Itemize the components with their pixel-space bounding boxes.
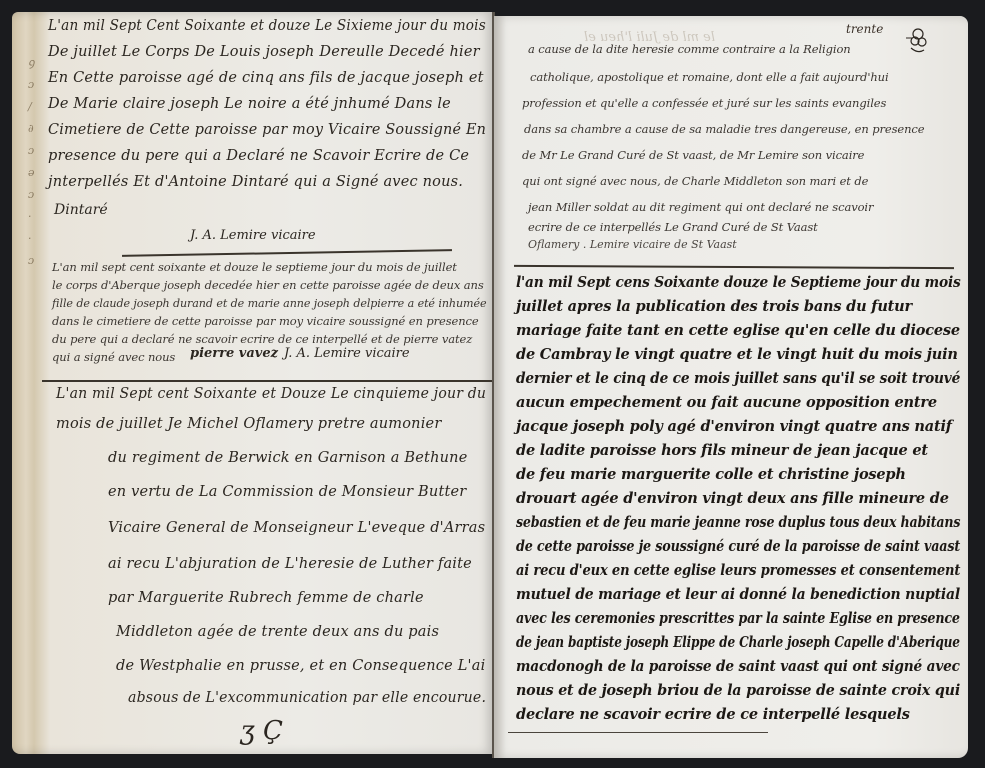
entry1-line: En Cette paroisse agé de cinq ans fils d… — [48, 70, 484, 86]
entry1-line: L'an mil Sept Cent Soixante et douze Le … — [48, 18, 486, 34]
entry3-line: Middleton agée de trente deux ans du pai… — [116, 624, 439, 640]
continuation-signatures: Oflamery . Lemire vicaire de St Vaast — [528, 238, 737, 251]
entry1-priest-signature: J. A. Lemire vicaire — [190, 228, 316, 243]
entry1-line: De Marie claire joseph Le noire a été jn… — [48, 96, 451, 112]
marriage-line: de cette paroisse je soussigné curé de l… — [516, 538, 960, 555]
entry1-line: presence du pere qui a Declaré ne Scavoi… — [48, 148, 469, 164]
entry2-line: dans le cimetiere de cette paroisse par … — [52, 314, 479, 328]
marriage-line: de Cambray le vingt quatre et le vingt h… — [516, 346, 958, 363]
entry3-line: par Marguerite Rubrech femme de charle — [108, 590, 424, 606]
marriage-line: de feu marie marguerite colle et christi… — [516, 466, 906, 483]
right-page: le ml de Juli l'heu el trente a cause de… — [494, 16, 968, 758]
entry3-line: mois de juillet Je Michel Oflamery pretr… — [56, 416, 441, 432]
flourish-icon — [906, 26, 932, 56]
marriage-line: mutuel de mariage et leur ai donné la be… — [516, 586, 960, 603]
entry2-priest-signature: J. A. Lemire vicaire — [284, 346, 410, 361]
entry-divider — [42, 380, 492, 382]
entry1-line: Cimetiere de Cette paroisse par moy Vica… — [48, 122, 486, 138]
marriage-line: dernier et le cinq de ce mois juillet sa… — [516, 370, 960, 387]
entry3-line: Vicaire General de Monseigneur L'eveque … — [108, 520, 485, 536]
continuation-line: de Mr Le Grand Curé de St vaast, de Mr L… — [522, 148, 864, 162]
paraph-signature: ʒ Ç — [240, 716, 283, 746]
marriage-line: mariage faite tant en cette eglise qu'en… — [516, 322, 960, 339]
entry3-line: de Westphalie en prusse, et en Consequen… — [116, 658, 485, 674]
page-edge-marks: ꝯɔ/∂ɔəɔ··ɔ — [28, 52, 42, 742]
marriage-line: sebastien et de feu marie jeanne rose du… — [516, 514, 960, 531]
entry1-line: jnterpellés Et d'Antoine Dintaré qui a S… — [48, 174, 463, 190]
entry2-line: du pere qui a declaré ne scavoir ecrire … — [52, 332, 472, 346]
marriage-line: l'an mil Sept cens Soixante douze le Sep… — [516, 274, 961, 291]
marriage-line: de jean baptiste joseph Elippe de Charle… — [516, 634, 960, 651]
continuation-line: a cause de la dite heresie comme contrai… — [528, 42, 851, 56]
continuation-line: catholique, apostolique et romaine, dont… — [530, 70, 889, 84]
entry3-line: du regiment de Berwick en Garnison a Bet… — [108, 450, 467, 466]
entry-divider — [122, 249, 452, 256]
entry-divider — [508, 732, 768, 733]
continuation-line: qui ont signé avec nous, de Charle Middl… — [522, 174, 868, 188]
continuation-line: jean Miller soldat au dit regiment qui o… — [528, 200, 873, 214]
marriage-line: aucun empechement ou fait aucune opposit… — [516, 394, 937, 411]
marriage-line: juillet apres la publication des trois b… — [516, 298, 912, 315]
open-register-book: ꝯɔ/∂ɔəɔ··ɔ L'an mil Sept Cent Soixante e… — [0, 0, 985, 768]
entry2-witness-signature: pierre vavez — [190, 346, 278, 361]
entry1-line: De juillet Le Corps De Louis joseph Dere… — [48, 44, 480, 60]
entry2-line: L'an mil sept cent soixante et douze le … — [52, 260, 457, 274]
entry2-line: qui a signé avec nous — [52, 350, 175, 364]
marriage-line: nous et de joseph briou de la paroisse d… — [516, 682, 960, 699]
marriage-line: macdonogh de la paroisse de saint vaast … — [516, 658, 960, 675]
entry3-line: ai recu L'abjuration de L'heresie de Lut… — [108, 556, 472, 572]
entry2-line: fille de claude joseph durand et de mari… — [52, 296, 486, 310]
continuation-line: dans sa chambre a cause de sa maladie tr… — [524, 122, 924, 136]
marriage-line: de ladite paroisse hors fils mineur de j… — [516, 442, 928, 459]
marriage-line: declare ne scavoir ecrire de ce interpel… — [516, 706, 910, 723]
entry3-line: L'an mil Sept cent Soixante et Douze Le … — [56, 386, 486, 402]
entry3-line: absous de L'excommunication par elle enc… — [128, 690, 486, 706]
marriage-line: ai recu d'eux en cette eglise leurs prom… — [516, 562, 960, 579]
entry3-line: en vertu de La Commission de Monsieur Bu… — [108, 484, 466, 500]
entry1-signature: Dintaré — [54, 202, 108, 218]
marriage-line: avec les ceremonies prescrittes par la s… — [516, 610, 960, 627]
continuation-line: ecrire de ce interpellés Le Grand Curé d… — [528, 220, 818, 234]
continuation-line: profession et qu'elle a confessée et jur… — [522, 96, 886, 110]
page-number: trente — [846, 22, 883, 36]
left-page: ꝯɔ/∂ɔəɔ··ɔ L'an mil Sept Cent Soixante e… — [12, 12, 494, 754]
marriage-line: drouart agée d'environ vingt deux ans fi… — [516, 490, 949, 507]
entry2-line: le corps d'Aberque joseph decedée hier e… — [52, 278, 484, 292]
marriage-line: jacque joseph poly agé d'environ vingt q… — [516, 418, 952, 435]
entry-divider — [514, 265, 954, 269]
